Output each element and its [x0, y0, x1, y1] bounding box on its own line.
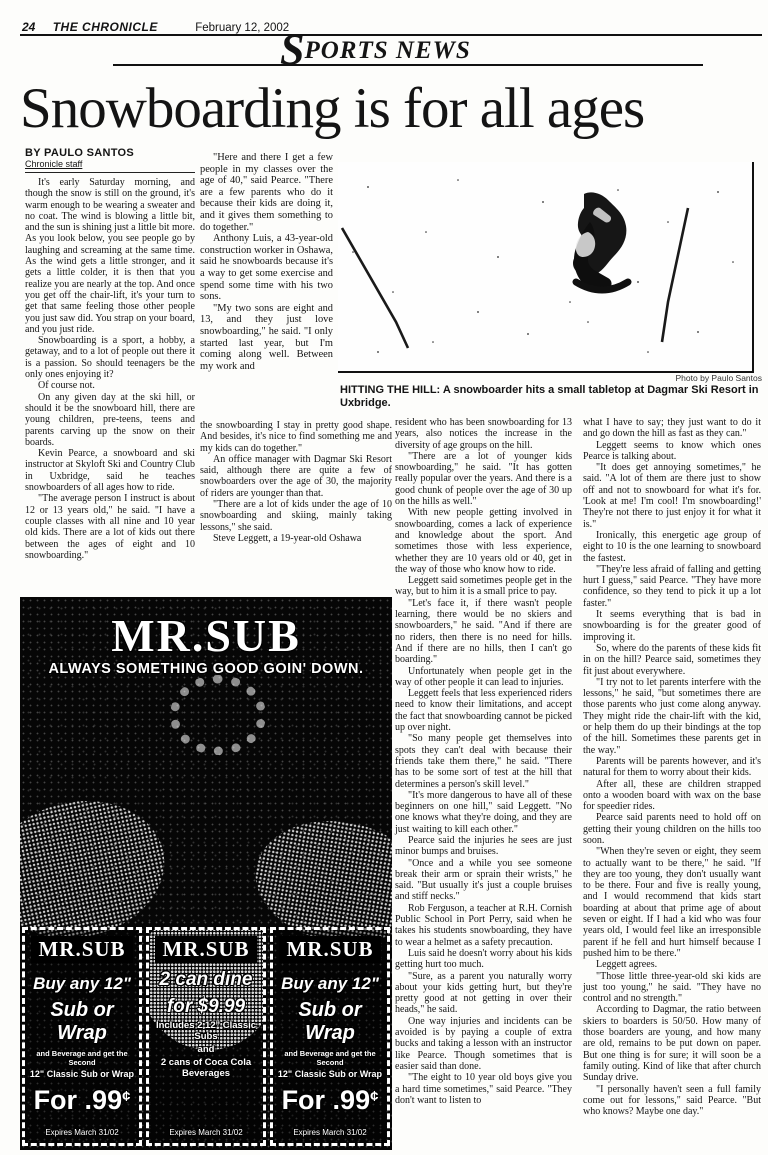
coupon-brand: MR.SUB: [155, 936, 256, 963]
section-initial: S: [280, 25, 304, 74]
article-paragraph: Parents will be parents however, and it'…: [583, 756, 761, 779]
slope-line-right: [662, 208, 688, 342]
coupon-offer-line: Sub or Wrap: [25, 999, 139, 1045]
article-paragraph: "It does get annoying sometimes," he sai…: [583, 462, 761, 530]
article-paragraph: "The eight to 10 year old boys give you …: [395, 1072, 572, 1106]
article-paragraph: Pearce said the injuries he sees are jus…: [395, 835, 572, 858]
article-paragraph: So, where do the parents of these kids f…: [583, 643, 761, 677]
byline-role: Chronicle staff: [25, 159, 195, 169]
article-paragraph: Rob Ferguson, a teacher at R.H. Cornish …: [395, 903, 572, 948]
coupon-condition: 12" Classic Sub or Wrap: [30, 1069, 134, 1079]
article-paragraph: Anthony Luis, a 43-year-old construction…: [200, 233, 333, 303]
article-paragraph: Kevin Pearce, a snowboard and ski instru…: [25, 448, 195, 493]
masthead: 24 THE CHRONICLE February 12, 2002: [22, 20, 752, 34]
coupon-2-can-dine: MR.SUB 2 can dine for $9.99 Includes 2 1…: [146, 927, 266, 1146]
coupon-brand: MR.SUB: [279, 936, 380, 963]
article-paragraph: "It's more dangerous to have all of thes…: [395, 790, 572, 835]
coupon-expiry: Expires March 31/02: [169, 1128, 242, 1137]
article-photo: [338, 162, 754, 373]
article-column-3: resident who has been snowboarding for 1…: [395, 417, 572, 1117]
coupon-condition: Includes 2 12" Classic Subs: [149, 1020, 263, 1042]
article-paragraph: Leggett seems to know which ones Pearce …: [583, 440, 761, 463]
article-paragraph: "I personally haven't seen a full family…: [583, 1084, 761, 1118]
page-number: 24: [22, 20, 35, 34]
coupon-expiry: Expires March 31/02: [293, 1128, 366, 1137]
newspaper-page: 24 THE CHRONICLE February 12, 2002 SPORT…: [0, 0, 768, 1155]
article-paragraph: "Let's face it, if there wasn't people l…: [395, 598, 572, 666]
article-column-2-lower: the snowboarding I stay in pretty good s…: [200, 420, 392, 588]
coupon-offer-line: for $9.99: [167, 996, 245, 1018]
byline: BY PAULO SANTOS Chronicle staff: [25, 147, 195, 173]
photo-credit: Photo by Paulo Santos: [612, 373, 762, 383]
coupon-expiry: Expires March 31/02: [45, 1128, 118, 1137]
coupon-offer-line: 2 can dine: [160, 969, 253, 991]
coupon-sub-or-wrap-left: MR.SUB Buy any 12" Sub or Wrap and Bever…: [22, 927, 142, 1146]
paper-name: THE CHRONICLE: [53, 20, 158, 34]
coupon-offer-line: Buy any 12": [33, 974, 131, 994]
article-paragraph: Leggett said sometimes people get in the…: [395, 575, 572, 598]
coupon-offer-line: Sub or Wrap: [273, 999, 387, 1045]
article-paragraph: "So many people get themselves into spot…: [395, 733, 572, 789]
ad-brand-logo: MR.SUB: [20, 613, 392, 659]
article-paragraph: what I have to say; they just want to do…: [583, 417, 761, 440]
section-title: SPORTS NEWS: [280, 33, 471, 67]
coupon-sub-or-wrap-right: MR.SUB Buy any 12" Sub or Wrap and Bever…: [270, 927, 390, 1146]
article-paragraph: Snowboarding is a sport, a hobby, a geta…: [25, 335, 195, 380]
article-paragraph: Of course not.: [25, 380, 195, 391]
article-paragraph: "There are a lot of younger kids snowboa…: [395, 451, 572, 507]
section-rest: PORTS NEWS: [304, 37, 470, 64]
mr-sub-advertisement: MR.SUB ALWAYS SOMETHING GOOD GOIN' DOWN.…: [20, 597, 392, 1150]
article-paragraph: Unfortunately when people get in the way…: [395, 666, 572, 689]
snowboarder-photo: [338, 162, 752, 371]
coupon-offer-line: Buy any 12": [281, 974, 379, 994]
article-paragraph: Steve Leggett, a 19-year-old Oshawa: [200, 533, 392, 544]
article-paragraph: "Sure, as a parent you naturally worry a…: [395, 971, 572, 1016]
article-paragraph: With new people getting involved in snow…: [395, 507, 572, 575]
article-paragraph: "There are a lot of kids under the age o…: [200, 499, 392, 533]
issue-date: February 12, 2002: [195, 22, 289, 34]
ad-onion-ring: [170, 675, 266, 755]
article-column-1: It's early Saturday morning, and though …: [25, 177, 195, 585]
article-paragraph: "Once and a while you see someone break …: [395, 858, 572, 903]
coupon-price: For .99¢: [282, 1083, 379, 1114]
article-paragraph: "I try not to let parents interfere with…: [583, 677, 761, 756]
article-paragraph: On any given day at the ski hill, or sho…: [25, 392, 195, 448]
coupon-condition: 2 cans of Coca Cola Beverages: [149, 1057, 263, 1079]
coupon-brand: MR.SUB: [31, 936, 132, 963]
article-paragraph: According to Dagmar, the ratio between s…: [583, 1004, 761, 1083]
article-column-2-upper: "Here and there I get a few people in my…: [200, 152, 333, 418]
article-paragraph: An office manager with Dagmar Ski Resort…: [200, 454, 392, 499]
headline: Snowboarding is for all ages: [20, 78, 750, 140]
article-paragraph: Leggett feels that less experienced ride…: [395, 688, 572, 733]
coupon-strip: MR.SUB Buy any 12" Sub or Wrap and Bever…: [22, 927, 390, 1146]
coupon-price: For .99¢: [34, 1083, 131, 1114]
ad-tagline: ALWAYS SOMETHING GOOD GOIN' DOWN.: [20, 661, 392, 677]
article-paragraph: It's early Saturday morning, and though …: [25, 177, 195, 335]
coupon-condition: and: [198, 1044, 215, 1055]
snowboarder-silhouette: [573, 192, 628, 291]
article-paragraph: "Those little three-year-old ski kids ar…: [583, 971, 761, 1005]
article-paragraph: "When they're seven or eight, they seem …: [583, 846, 761, 959]
coupon-condition: and Beverage and get the Second: [25, 1049, 139, 1067]
article-column-4: what I have to say; they just want to do…: [583, 417, 761, 1117]
coupon-condition: 12" Classic Sub or Wrap: [278, 1069, 382, 1079]
article-paragraph: Ironically, this energetic age group of …: [583, 530, 761, 564]
coupon-condition: and Beverage and get the Second: [273, 1049, 387, 1067]
article-paragraph: "My two sons are eight and 13, and they …: [200, 303, 333, 373]
article-paragraph: Luis said he doesn't worry about his kid…: [395, 948, 572, 971]
article-paragraph: One way injuries and incidents can be av…: [395, 1016, 572, 1072]
byline-author: BY PAULO SANTOS: [25, 147, 195, 159]
photo-caption: HITTING THE HILL: A snowboarder hits a s…: [340, 384, 768, 410]
article-paragraph: Pearce said parents need to hold off on …: [583, 812, 761, 846]
article-paragraph: resident who has been snowboarding for 1…: [395, 417, 572, 451]
article-paragraph: It seems everything that is bad in snowb…: [583, 609, 761, 643]
article-paragraph: After all, these are children strapped o…: [583, 779, 761, 813]
article-paragraph: "They're less afraid of falling and gett…: [583, 564, 761, 609]
article-paragraph: "Here and there I get a few people in my…: [200, 152, 333, 233]
slope-line-left: [342, 228, 408, 348]
article-paragraph: Leggett agrees.: [583, 959, 761, 970]
article-paragraph: the snowboarding I stay in pretty good s…: [200, 420, 392, 454]
article-paragraph: "The average person I instruct is about …: [25, 493, 195, 561]
